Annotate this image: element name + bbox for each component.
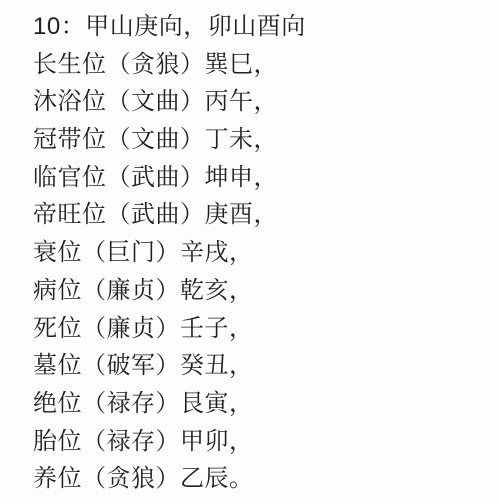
position-line: 墓位（破军）癸丑， bbox=[33, 347, 480, 385]
position-line: 衰位（巨门）辛戌， bbox=[33, 234, 480, 272]
position-line: 病位（廉贞）乾亥， bbox=[33, 272, 480, 310]
position-line: 绝位（禄存）艮寅， bbox=[33, 385, 480, 423]
document-page: 10：甲山庚向，卯山酉向 长生位（贪狼）巽巳， 沐浴位（文曲）丙午， 冠带位（文… bbox=[0, 0, 500, 504]
position-line: 胎位（禄存）甲卯， bbox=[33, 423, 480, 461]
position-line: 长生位（贪狼）巽巳， bbox=[33, 46, 480, 84]
position-line: 帝旺位（武曲）庚酉， bbox=[33, 196, 480, 234]
position-line: 临官位（武曲）坤申， bbox=[33, 159, 480, 197]
position-line: 沐浴位（文曲）丙午， bbox=[33, 83, 480, 121]
position-line: 死位（廉贞）壬子， bbox=[33, 310, 480, 348]
heading-line: 10：甲山庚向，卯山酉向 bbox=[33, 8, 480, 46]
text-block: 10：甲山庚向，卯山酉向 长生位（贪狼）巽巳， 沐浴位（文曲）丙午， 冠带位（文… bbox=[0, 0, 500, 498]
position-line: 养位（贪狼）乙辰。 bbox=[33, 460, 480, 498]
position-line: 冠带位（文曲）丁未， bbox=[33, 121, 480, 159]
